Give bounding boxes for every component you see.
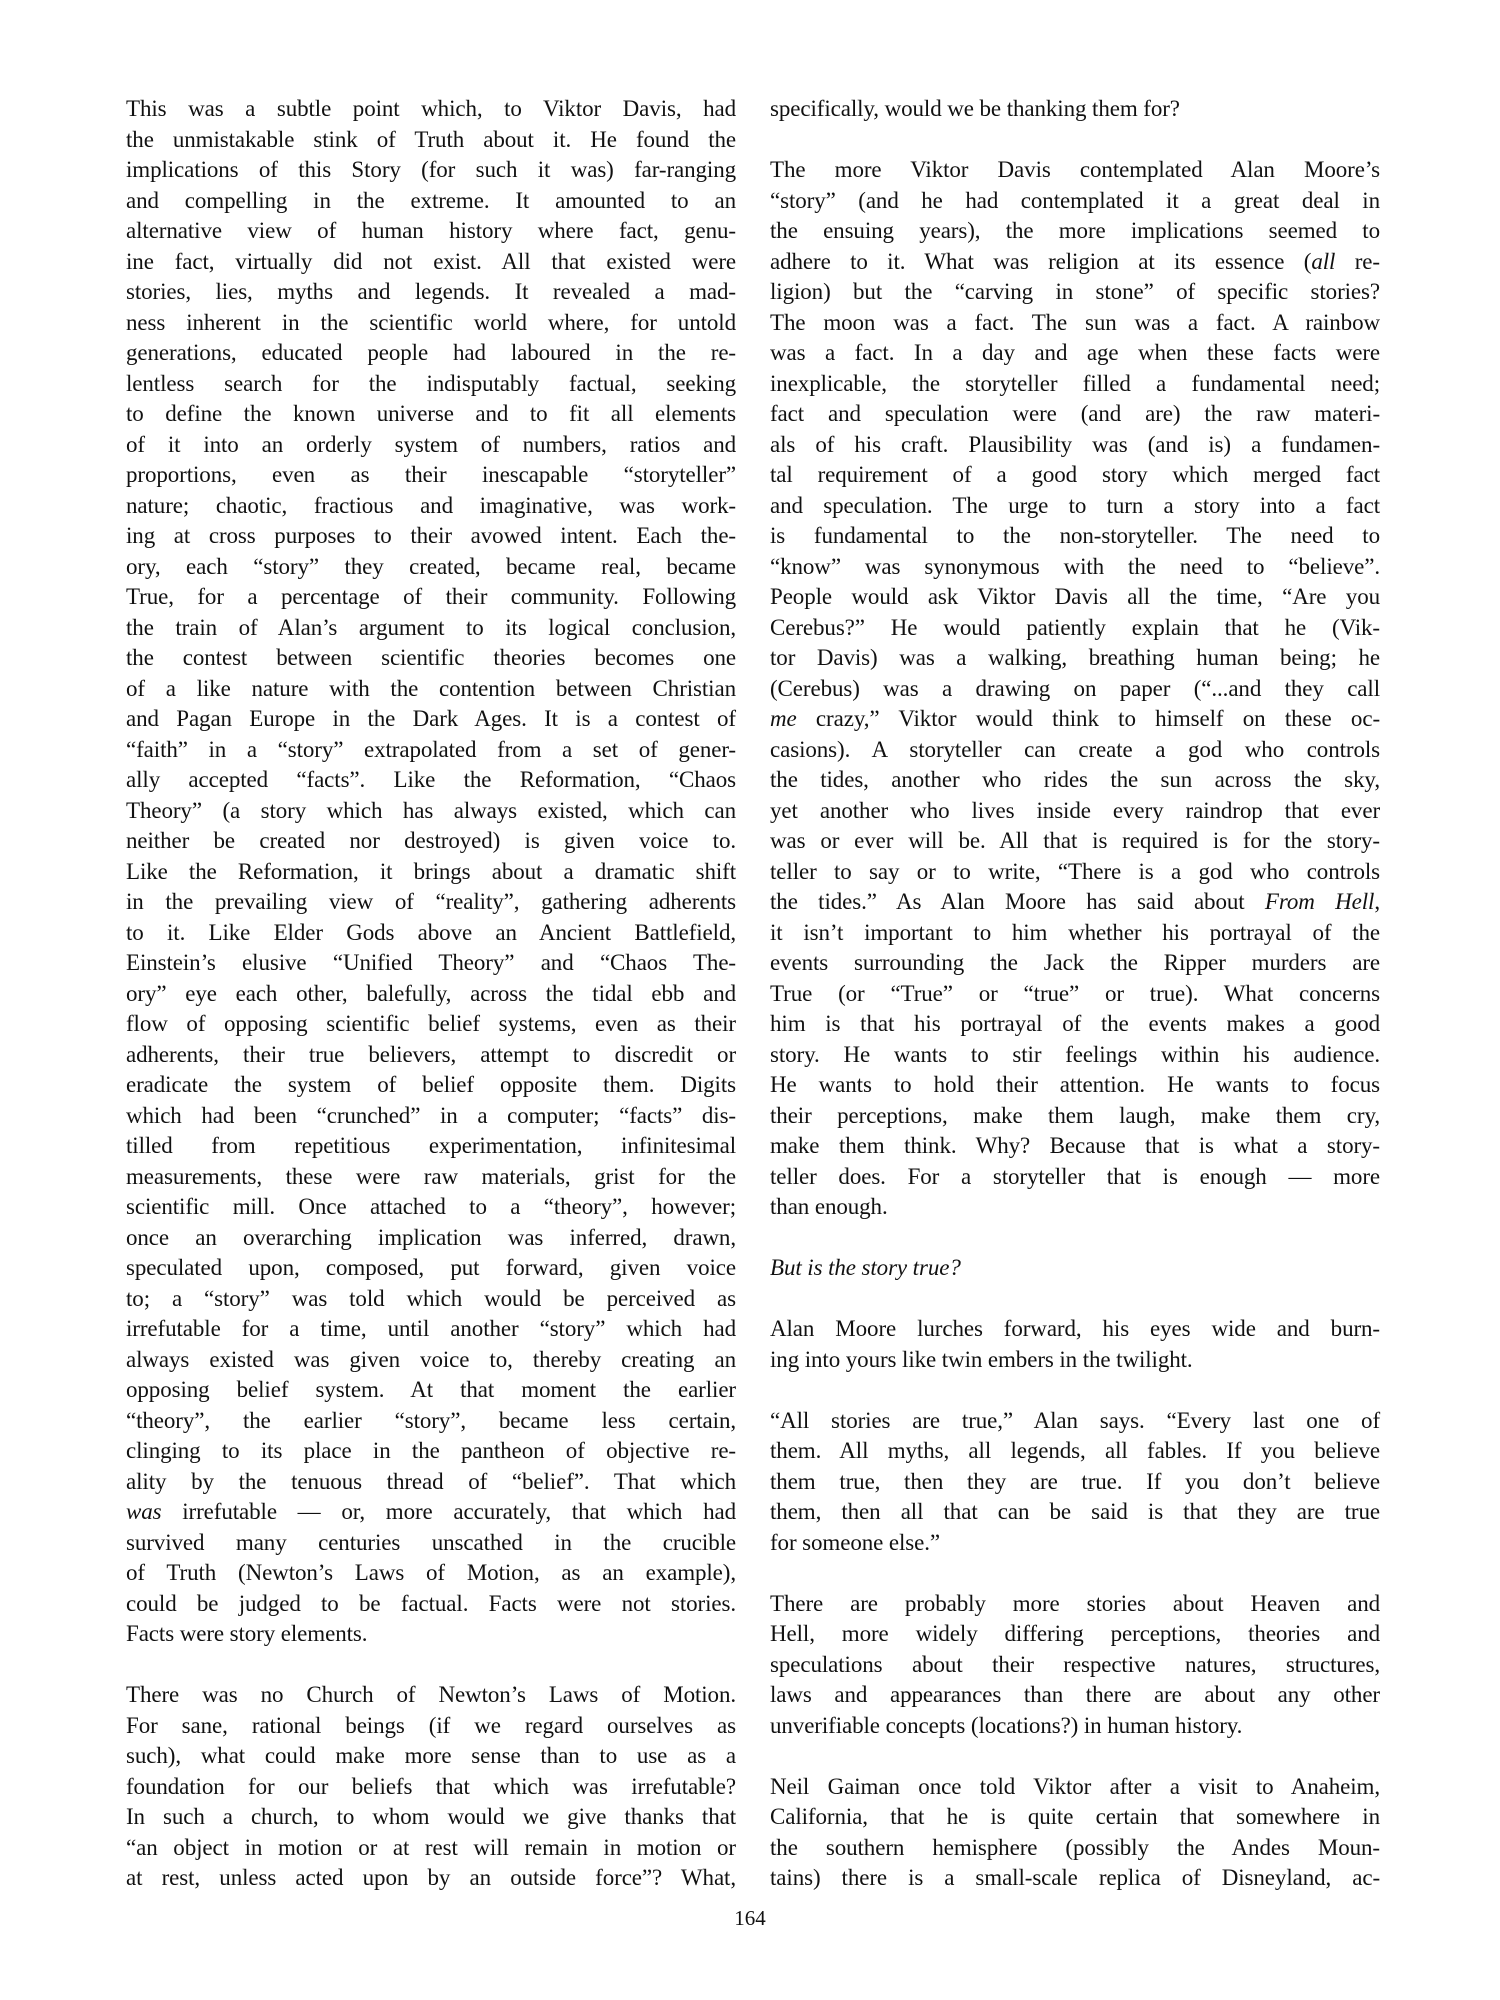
text-run: could be judged to be factual. Facts wer…: [126, 1591, 736, 1616]
text-run: unverifiable concepts (locations?) in hu…: [770, 1713, 1242, 1738]
text-run: the tides.” As Alan Moore has said about: [770, 889, 1265, 914]
text-run: irrefutable for a time, until another “s…: [126, 1316, 736, 1341]
text-line: specifically, would we be thanking them …: [770, 94, 1380, 125]
text-line: teller to say or to write, “There is a g…: [770, 857, 1380, 888]
text-run: events surrounding the Jack the Ripper m…: [770, 950, 1380, 975]
italic-emphasis: But is the story true?: [770, 1255, 961, 1280]
text-run: make them think. Why? Because that is wh…: [770, 1133, 1380, 1158]
text-line: ing at cross purposes to their avowed in…: [126, 521, 736, 552]
text-line: tal requirement of a good story which me…: [770, 460, 1380, 491]
text-run: ally accepted “facts”. Like the Reformat…: [126, 767, 736, 792]
book-page: This was a subtle point which, to Viktor…: [0, 0, 1500, 2000]
text-line: ness inherent in the scientific world wh…: [126, 308, 736, 339]
text-line: Like the Reformation, it brings about a …: [126, 857, 736, 888]
text-line: measurements, these were raw materials, …: [126, 1162, 736, 1193]
text-run: always existed was given voice to, there…: [126, 1347, 736, 1372]
text-line: foundation for our beliefs that which wa…: [126, 1772, 736, 1803]
text-line: him is that his portrayal of the events …: [770, 1009, 1380, 1040]
text-line: tor Davis) was a walking, breathing huma…: [770, 643, 1380, 674]
text-run: California, that he is quite certain tha…: [770, 1804, 1380, 1829]
text-run: Einstein’s elusive “Unified Theory” and …: [126, 950, 736, 975]
text-line: fact and speculation were (and are) the …: [770, 399, 1380, 430]
text-line: This was a subtle point which, to Viktor…: [126, 94, 736, 125]
text-line: them. All myths, all legends, all fables…: [770, 1436, 1380, 1467]
text-run: it isn’t important to him whether his po…: [770, 920, 1380, 945]
text-line: Hell, more widely differing perceptions,…: [770, 1619, 1380, 1650]
paragraph: But is the story true?: [770, 1253, 1380, 1284]
text-run: of a like nature with the contention bet…: [126, 676, 736, 701]
text-run: them. All myths, all legends, all fables…: [770, 1438, 1380, 1463]
text-line: could be judged to be factual. Facts wer…: [126, 1589, 736, 1620]
text-line: of a like nature with the contention bet…: [126, 674, 736, 705]
text-run: nature; chaotic, fractious and imaginati…: [126, 493, 736, 518]
text-line: (Cerebus) was a drawing on paper (“...an…: [770, 674, 1380, 705]
text-run: the southern hemisphere (possibly the An…: [770, 1835, 1380, 1860]
text-run: opposing belief system. At that moment t…: [126, 1377, 736, 1402]
text-line: Facts were story elements.: [126, 1619, 736, 1650]
text-line: and Pagan Europe in the Dark Ages. It is…: [126, 704, 736, 735]
text-run: at rest, unless acted upon by an outside…: [126, 1865, 736, 1890]
text-line: the train of Alan’s argument to its logi…: [126, 613, 736, 644]
text-run: ine fact, virtually did not exist. All t…: [126, 249, 736, 274]
text-run: lentless search for the indisputably fac…: [126, 371, 736, 396]
text-run: “faith” in a “story” extrapolated from a…: [126, 737, 736, 762]
text-run: and Pagan Europe in the Dark Ages. It is…: [126, 706, 736, 731]
text-run: The more Viktor Davis contemplated Alan …: [770, 157, 1380, 182]
left-column: This was a subtle point which, to Viktor…: [126, 94, 736, 1924]
text-line: There are probably more stories about He…: [770, 1589, 1380, 1620]
text-line: speculations about their respective natu…: [770, 1650, 1380, 1681]
text-line: There was no Church of Newton’s Laws of …: [126, 1680, 736, 1711]
text-line: was or ever will be. All that is require…: [770, 826, 1380, 857]
text-line: was irrefutable — or, more accurately, t…: [126, 1497, 736, 1528]
text-line: them, then all that can be said is that …: [770, 1497, 1380, 1528]
text-line: als of his craft. Plausibility was (and …: [770, 430, 1380, 461]
text-line: Alan Moore lurches forward, his eyes wid…: [770, 1314, 1380, 1345]
text-line: nature; chaotic, fractious and imaginati…: [126, 491, 736, 522]
text-line: was a fact. In a day and age when these …: [770, 338, 1380, 369]
text-run: scientific mill. Once attached to a “the…: [126, 1194, 736, 1219]
text-line: ligion) but the “carving in stone” of sp…: [770, 277, 1380, 308]
text-line: The moon was a fact. The sun was a fact.…: [770, 308, 1380, 339]
text-run: to define the known universe and to fit …: [126, 401, 736, 426]
text-line: the unmistakable stink of Truth about it…: [126, 125, 736, 156]
text-run: and speculation. The urge to turn a stor…: [770, 493, 1380, 518]
text-run: stories, lies, myths and legends. It rev…: [126, 279, 736, 304]
italic-emphasis: all: [1311, 249, 1335, 274]
text-run: There was no Church of Newton’s Laws of …: [126, 1682, 736, 1707]
text-line: For sane, rational beings (if we regard …: [126, 1711, 736, 1742]
text-line: alternative view of human history where …: [126, 216, 736, 247]
text-run: the tides, another who rides the sun acr…: [770, 767, 1380, 792]
text-line: inexplicable, the storyteller filled a f…: [770, 369, 1380, 400]
text-line: ally accepted “facts”. Like the Reformat…: [126, 765, 736, 796]
text-line: make them think. Why? Because that is wh…: [770, 1131, 1380, 1162]
text-run: them true, then they are true. If you do…: [770, 1469, 1380, 1494]
text-line: story. He wants to stir feelings within …: [770, 1040, 1380, 1071]
italic-emphasis: From Hell: [1265, 889, 1374, 914]
text-run: speculations about their respective natu…: [770, 1652, 1380, 1677]
text-run: story. He wants to stir feelings within …: [770, 1042, 1380, 1067]
text-line: the southern hemisphere (possibly the An…: [770, 1833, 1380, 1864]
text-line: at rest, unless acted upon by an outside…: [126, 1863, 736, 1894]
text-line: me crazy,” Viktor would think to himself…: [770, 704, 1380, 735]
text-line: “an object in motion or at rest will rem…: [126, 1833, 736, 1864]
text-line: clinging to its place in the pantheon of…: [126, 1436, 736, 1467]
text-run: ality by the tenuous thread of “belief”.…: [126, 1469, 736, 1494]
text-run: “theory”, the earlier “story”, became le…: [126, 1408, 736, 1433]
text-run: laws and appearances than there are abou…: [770, 1682, 1380, 1707]
text-line: But is the story true?: [770, 1253, 1380, 1284]
text-run: ory” eye each other, balefully, across t…: [126, 981, 736, 1006]
text-line: tilled from repetitious experimentation,…: [126, 1131, 736, 1162]
paragraph: Neil Gaiman once told Viktor after a vis…: [770, 1772, 1380, 1894]
text-run: ing into yours like twin embers in the t…: [770, 1347, 1193, 1372]
text-run: re-: [1335, 249, 1380, 274]
text-run: casions). A storyteller can create a god…: [770, 737, 1380, 762]
text-line: opposing belief system. At that moment t…: [126, 1375, 736, 1406]
text-line: ory” eye each other, balefully, across t…: [126, 979, 736, 1010]
italic-emphasis: me: [770, 706, 797, 731]
text-line: and speculation. The urge to turn a stor…: [770, 491, 1380, 522]
text-line: to define the known universe and to fit …: [126, 399, 736, 430]
text-run: and compelling in the extreme. It amount…: [126, 188, 736, 213]
text-line: flow of opposing scientific belief syste…: [126, 1009, 736, 1040]
text-run: Facts were story elements.: [126, 1621, 367, 1646]
text-run: In such a church, to whom would we give …: [126, 1804, 736, 1829]
paragraph: “All stories are true,” Alan says. “Ever…: [770, 1406, 1380, 1559]
text-line: irrefutable for a time, until another “s…: [126, 1314, 736, 1345]
text-run: the ensuing years), the more implication…: [770, 218, 1380, 243]
text-line: tains) there is a small-scale replica of…: [770, 1863, 1380, 1894]
text-line: to it. Like Elder Gods above an Ancient …: [126, 918, 736, 949]
text-line: stories, lies, myths and legends. It rev…: [126, 277, 736, 308]
text-line: is fundamental to the non-storyteller. T…: [770, 521, 1380, 552]
text-run: ing at cross purposes to their avowed in…: [126, 523, 736, 548]
text-run: for someone else.”: [770, 1530, 940, 1555]
text-line: which had been “crunched” in a computer;…: [126, 1101, 736, 1132]
text-run: foundation for our beliefs that which wa…: [126, 1774, 736, 1799]
text-line: generations, educated people had laboure…: [126, 338, 736, 369]
text-run: of it into an orderly system of numbers,…: [126, 432, 736, 457]
text-line: speculated upon, composed, put forward, …: [126, 1253, 736, 1284]
text-line: adherents, their true believers, attempt…: [126, 1040, 736, 1071]
text-line: unverifiable concepts (locations?) in hu…: [770, 1711, 1380, 1742]
text-line: for someone else.”: [770, 1528, 1380, 1559]
text-run: the contest between scientific theories …: [126, 645, 736, 670]
text-run: to; a “story” was told which would be pe…: [126, 1286, 736, 1311]
text-run: People would ask Viktor Davis all the ti…: [770, 584, 1380, 609]
paragraph: specifically, would we be thanking them …: [770, 94, 1380, 125]
right-column: specifically, would we be thanking them …: [770, 94, 1380, 1924]
text-run: True, for a percentage of their communit…: [126, 584, 736, 609]
text-run: tor Davis) was a walking, breathing huma…: [770, 645, 1380, 670]
text-line: the ensuing years), the more implication…: [770, 216, 1380, 247]
text-run: speculated upon, composed, put forward, …: [126, 1255, 736, 1280]
text-run: survived many centuries unscathed in the…: [126, 1530, 736, 1555]
text-line: to; a “story” was told which would be pe…: [126, 1284, 736, 1315]
text-run: generations, educated people had laboure…: [126, 340, 736, 365]
text-run: ligion) but the “carving in stone” of sp…: [770, 279, 1380, 304]
text-line: True, for a percentage of their communit…: [126, 582, 736, 613]
text-run: fact and speculation were (and are) the …: [770, 401, 1380, 426]
text-run: ,: [1374, 889, 1380, 914]
text-run: in the prevailing view of “reality”, gat…: [126, 889, 736, 914]
text-run: irrefutable — or, more accurately, that …: [162, 1499, 737, 1524]
text-run: Like the Reformation, it brings about a …: [126, 859, 736, 884]
text-line: the tides, another who rides the sun acr…: [770, 765, 1380, 796]
text-run: “an object in motion or at rest will rem…: [126, 1835, 736, 1860]
text-line: in the prevailing view of “reality”, gat…: [126, 887, 736, 918]
text-run: them, then all that can be said is that …: [770, 1499, 1380, 1524]
text-line: He wants to hold their attention. He wan…: [770, 1070, 1380, 1101]
text-line: “story” (and he had contemplated it a gr…: [770, 186, 1380, 217]
text-run: neither be created nor destroyed) is giv…: [126, 828, 736, 853]
text-run: (Cerebus) was a drawing on paper (“...an…: [770, 676, 1380, 701]
text-run: Hell, more widely differing perceptions,…: [770, 1621, 1380, 1646]
italic-emphasis: was: [126, 1499, 162, 1524]
text-line: yet another who lives inside every raind…: [770, 796, 1380, 827]
text-run: The moon was a fact. The sun was a fact.…: [770, 310, 1380, 335]
text-run: crazy,” Viktor would think to himself on…: [797, 706, 1380, 731]
text-line: their perceptions, make them laugh, make…: [770, 1101, 1380, 1132]
paragraph: There are probably more stories about He…: [770, 1589, 1380, 1742]
text-line: eradicate the system of belief opposite …: [126, 1070, 736, 1101]
text-line: lentless search for the indisputably fac…: [126, 369, 736, 400]
text-line: scientific mill. Once attached to a “the…: [126, 1192, 736, 1223]
text-line: “know” was synonymous with the need to “…: [770, 552, 1380, 583]
page-number: 164: [0, 1906, 1500, 1930]
text-line: Theory” (a story which has always existe…: [126, 796, 736, 827]
text-run: “know” was synonymous with the need to “…: [770, 554, 1380, 579]
paragraph: There was no Church of Newton’s Laws of …: [126, 1680, 736, 1894]
text-run: was or ever will be. All that is require…: [770, 828, 1380, 853]
text-run: teller does. For a storyteller that is e…: [770, 1164, 1380, 1189]
text-run: is fundamental to the non-storyteller. T…: [770, 523, 1380, 548]
text-run: specifically, would we be thanking them …: [770, 96, 1180, 121]
text-run: clinging to its place in the pantheon of…: [126, 1438, 736, 1463]
text-line: ing into yours like twin embers in the t…: [770, 1345, 1380, 1376]
paragraph: This was a subtle point which, to Viktor…: [126, 94, 736, 1650]
text-run: inexplicable, the storyteller filled a f…: [770, 371, 1380, 396]
text-run: implications of this Story (for such it …: [126, 157, 736, 182]
text-run: than enough.: [770, 1194, 888, 1219]
text-line: and compelling in the extreme. It amount…: [126, 186, 736, 217]
text-run: ory, each “story” they created, became r…: [126, 554, 736, 579]
text-line: California, that he is quite certain tha…: [770, 1802, 1380, 1833]
text-run: proportions, even as their inescapable “…: [126, 462, 736, 487]
paragraph: The more Viktor Davis contemplated Alan …: [770, 155, 1380, 1223]
text-run: measurements, these were raw materials, …: [126, 1164, 736, 1189]
text-run: Cerebus?” He would patiently explain tha…: [770, 615, 1380, 640]
text-run: There are probably more stories about He…: [770, 1591, 1380, 1616]
text-line: Neil Gaiman once told Viktor after a vis…: [770, 1772, 1380, 1803]
text-line: adhere to it. What was religion at its e…: [770, 247, 1380, 278]
text-line: neither be created nor destroyed) is giv…: [126, 826, 736, 857]
text-run: adhere to it. What was religion at its e…: [770, 249, 1311, 274]
text-run: to it. Like Elder Gods above an Ancient …: [126, 920, 736, 945]
text-run: For sane, rational beings (if we regard …: [126, 1713, 736, 1738]
text-run: of Truth (Newton’s Laws of Motion, as an…: [126, 1560, 736, 1585]
text-line: True (or “True” or “true” or true). What…: [770, 979, 1380, 1010]
text-run: tilled from repetitious experimentation,…: [126, 1133, 736, 1158]
text-line: ory, each “story” they created, became r…: [126, 552, 736, 583]
text-run: adherents, their true believers, attempt…: [126, 1042, 736, 1067]
text-run: Alan Moore lurches forward, his eyes wid…: [770, 1316, 1380, 1341]
text-run: alternative view of human history where …: [126, 218, 736, 243]
text-run: the unmistakable stink of Truth about it…: [126, 127, 736, 152]
text-run: such), what could make more sense than t…: [126, 1743, 736, 1768]
text-run: was a fact. In a day and age when these …: [770, 340, 1380, 365]
text-line: once an overarching implication was infe…: [126, 1223, 736, 1254]
text-line: survived many centuries unscathed in the…: [126, 1528, 736, 1559]
text-run: “All stories are true,” Alan says. “Ever…: [770, 1408, 1380, 1433]
text-line: than enough.: [770, 1192, 1380, 1223]
text-run: eradicate the system of belief opposite …: [126, 1072, 736, 1097]
text-run: True (or “True” or “true” or true). What…: [770, 981, 1380, 1006]
text-line: them true, then they are true. If you do…: [770, 1467, 1380, 1498]
text-run: Theory” (a story which has always existe…: [126, 798, 736, 823]
text-run: This was a subtle point which, to Viktor…: [126, 96, 736, 121]
text-run: flow of opposing scientific belief syste…: [126, 1011, 736, 1036]
text-line: Cerebus?” He would patiently explain tha…: [770, 613, 1380, 644]
text-run: He wants to hold their attention. He wan…: [770, 1072, 1380, 1097]
text-run: their perceptions, make them laugh, make…: [770, 1103, 1380, 1128]
text-line: In such a church, to whom would we give …: [126, 1802, 736, 1833]
paragraph: Alan Moore lurches forward, his eyes wid…: [770, 1314, 1380, 1375]
text-run: which had been “crunched” in a computer;…: [126, 1103, 736, 1128]
text-line: ine fact, virtually did not exist. All t…: [126, 247, 736, 278]
text-run: tains) there is a small-scale replica of…: [770, 1865, 1380, 1890]
text-run: als of his craft. Plausibility was (and …: [770, 432, 1380, 457]
text-run: yet another who lives inside every raind…: [770, 798, 1380, 823]
text-run: ness inherent in the scientific world wh…: [126, 310, 736, 335]
text-line: People would ask Viktor Davis all the ti…: [770, 582, 1380, 613]
text-line: such), what could make more sense than t…: [126, 1741, 736, 1772]
text-line: of it into an orderly system of numbers,…: [126, 430, 736, 461]
text-line: “All stories are true,” Alan says. “Ever…: [770, 1406, 1380, 1437]
text-line: ality by the tenuous thread of “belief”.…: [126, 1467, 736, 1498]
text-line: it isn’t important to him whether his po…: [770, 918, 1380, 949]
text-run: “story” (and he had contemplated it a gr…: [770, 188, 1380, 213]
text-line: “faith” in a “story” extrapolated from a…: [126, 735, 736, 766]
text-line: “theory”, the earlier “story”, became le…: [126, 1406, 736, 1437]
text-run: the train of Alan’s argument to its logi…: [126, 615, 736, 640]
text-line: implications of this Story (for such it …: [126, 155, 736, 186]
text-line: The more Viktor Davis contemplated Alan …: [770, 155, 1380, 186]
text-run: him is that his portrayal of the events …: [770, 1011, 1380, 1036]
text-line: always existed was given voice to, there…: [126, 1345, 736, 1376]
text-run: teller to say or to write, “There is a g…: [770, 859, 1380, 884]
text-line: of Truth (Newton’s Laws of Motion, as an…: [126, 1558, 736, 1589]
text-line: events surrounding the Jack the Ripper m…: [770, 948, 1380, 979]
text-line: the tides.” As Alan Moore has said about…: [770, 887, 1380, 918]
text-line: proportions, even as their inescapable “…: [126, 460, 736, 491]
text-line: Einstein’s elusive “Unified Theory” and …: [126, 948, 736, 979]
text-run: Neil Gaiman once told Viktor after a vis…: [770, 1774, 1380, 1799]
text-line: the contest between scientific theories …: [126, 643, 736, 674]
text-run: once an overarching implication was infe…: [126, 1225, 736, 1250]
text-line: laws and appearances than there are abou…: [770, 1680, 1380, 1711]
text-run: tal requirement of a good story which me…: [770, 462, 1380, 487]
text-line: casions). A storyteller can create a god…: [770, 735, 1380, 766]
text-line: teller does. For a storyteller that is e…: [770, 1162, 1380, 1193]
